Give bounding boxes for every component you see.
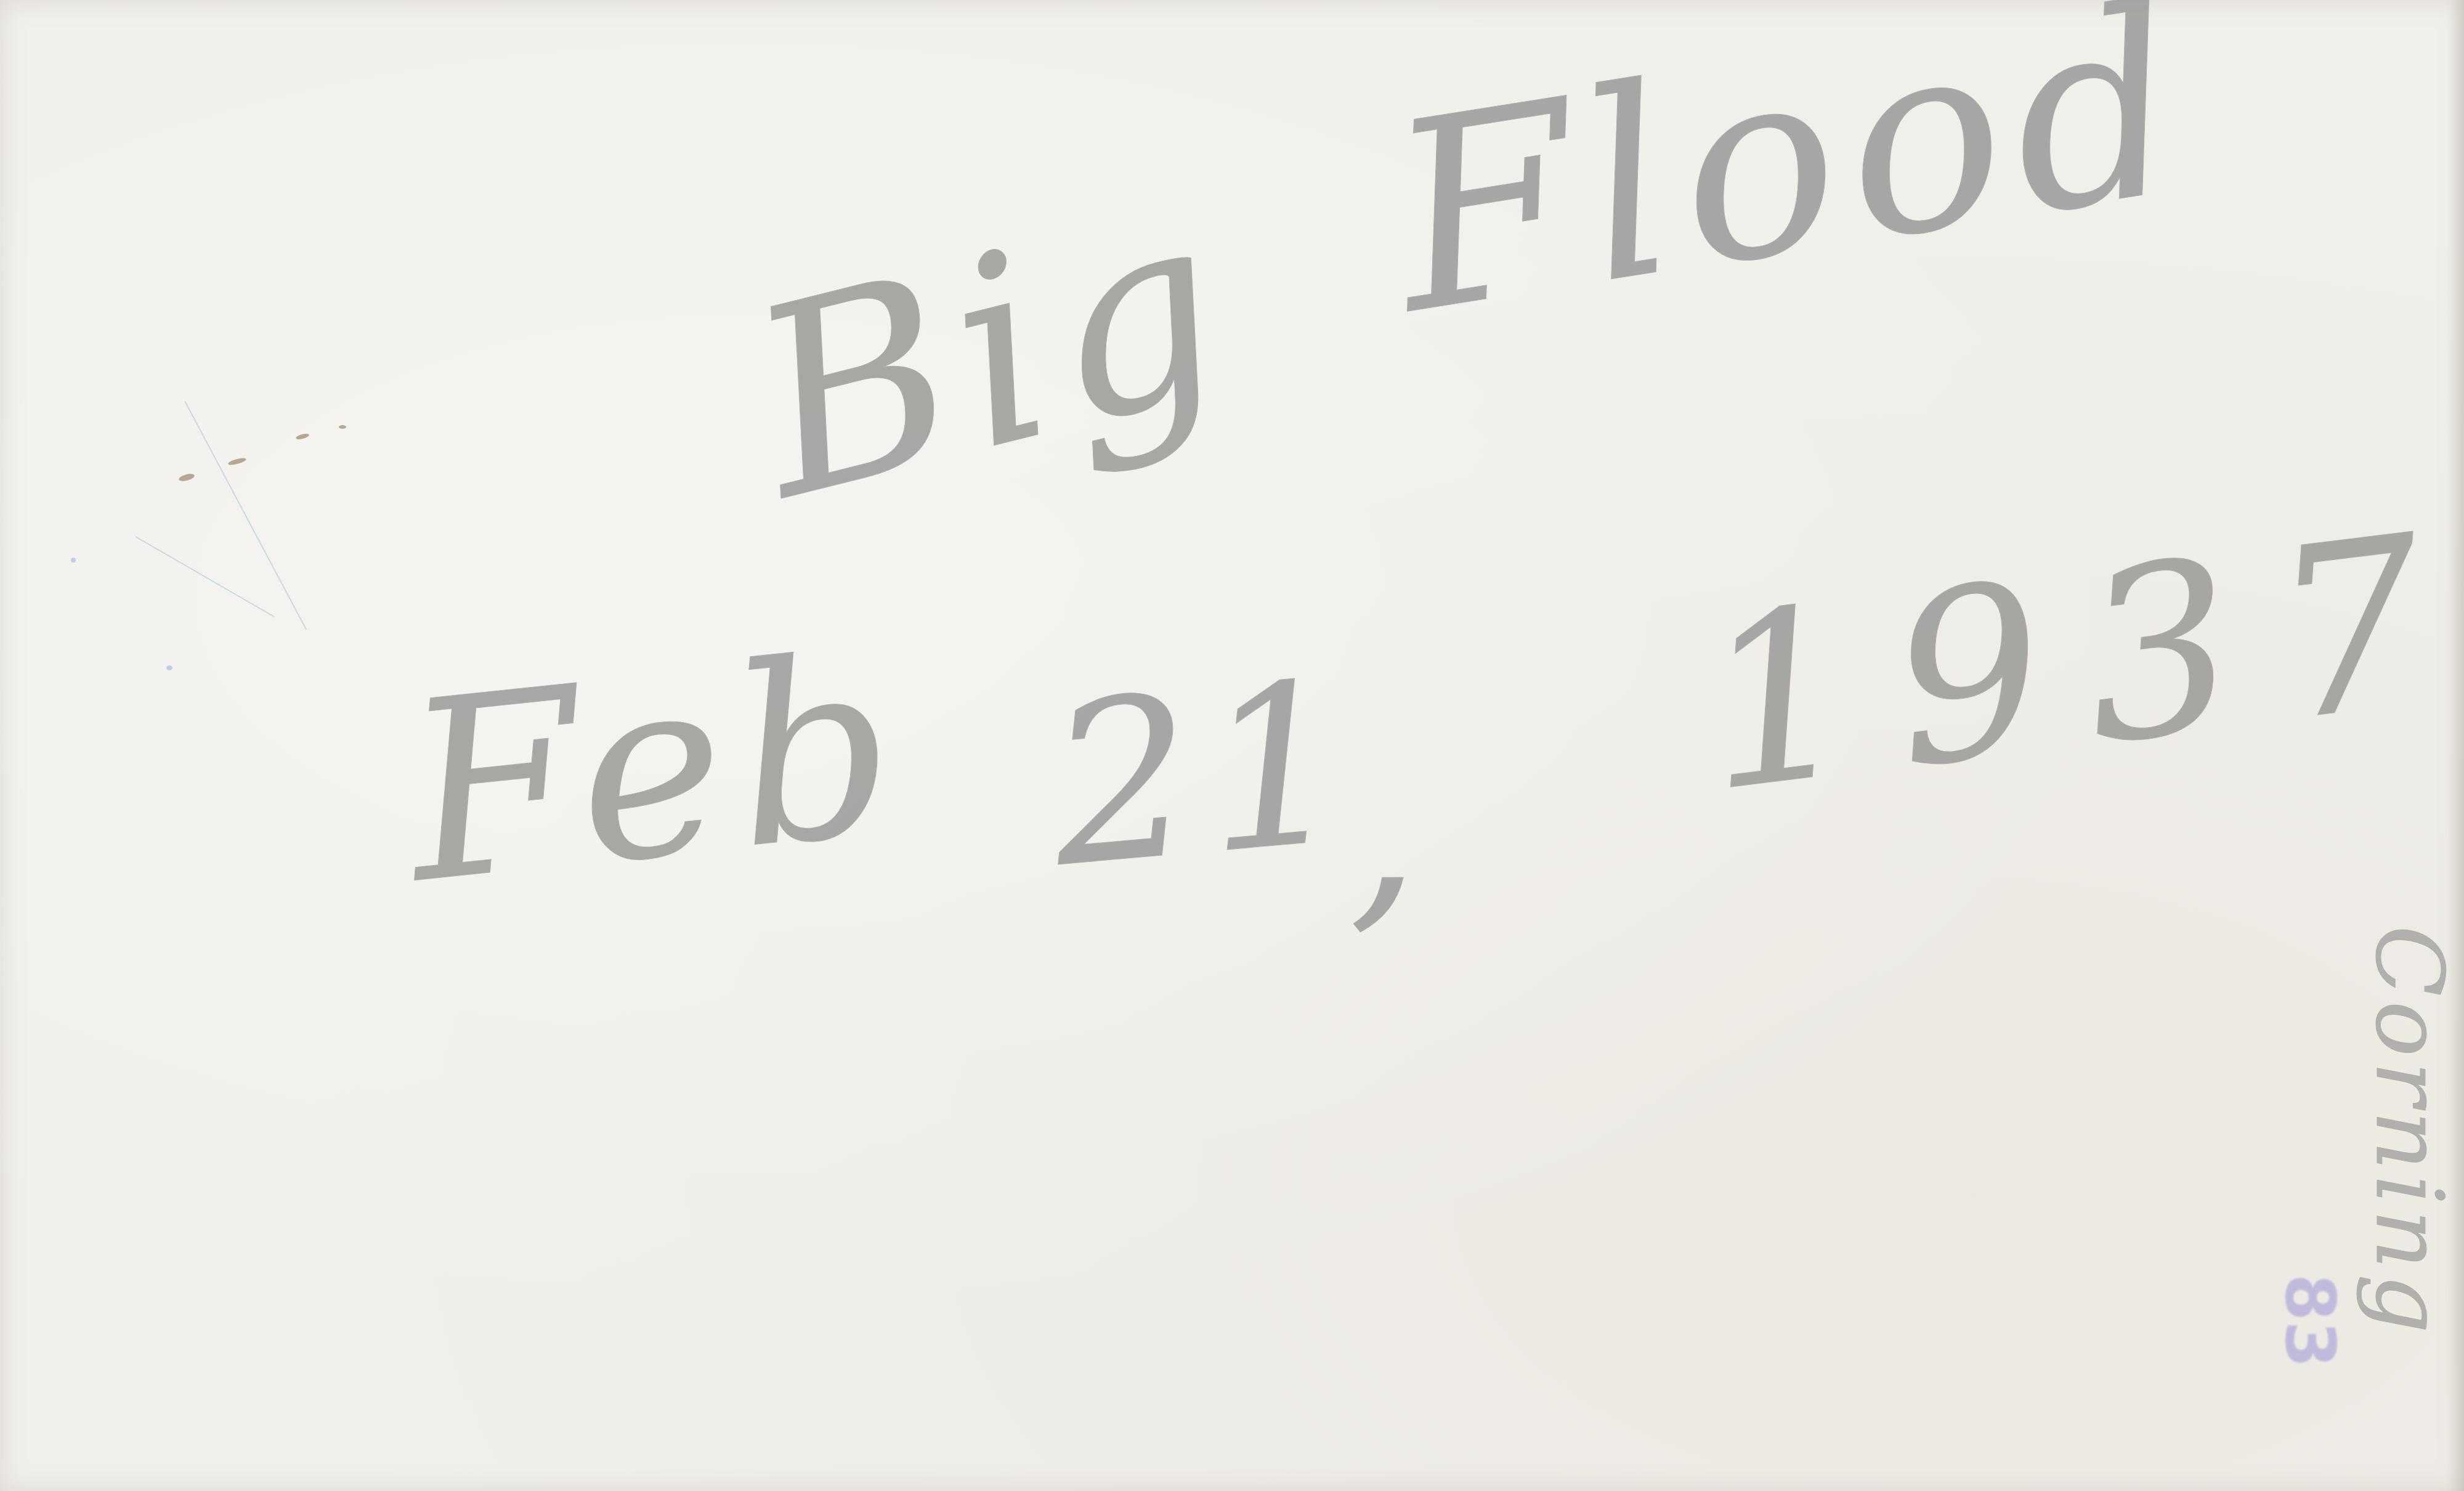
ink-speck [71,558,76,563]
inscription-comma: , [1349,696,1432,954]
inscription-word-flood: Flood [1374,0,2212,372]
side-note-corning: Corning [2355,916,2462,1347]
stain-speck [295,433,309,440]
card-edge-shadow [2448,0,2464,1491]
inscription-month: Feb [394,601,920,938]
inscription-year: 1937 [1688,479,2464,844]
purple-number-stamp: 83 [2271,1253,2349,1389]
ink-speck [166,665,172,670]
postcard-back: Big Flood Feb 21 , 1937 Corning 83 [0,0,2464,1491]
faint-blue-mark [136,536,275,617]
inscription-word-big: Big [727,150,1261,557]
faint-blue-mark [184,401,307,630]
stain-speck [178,473,195,482]
stain-speck [339,425,346,429]
stain-speck [227,457,246,466]
inscription-day: 21 [1041,633,1369,917]
